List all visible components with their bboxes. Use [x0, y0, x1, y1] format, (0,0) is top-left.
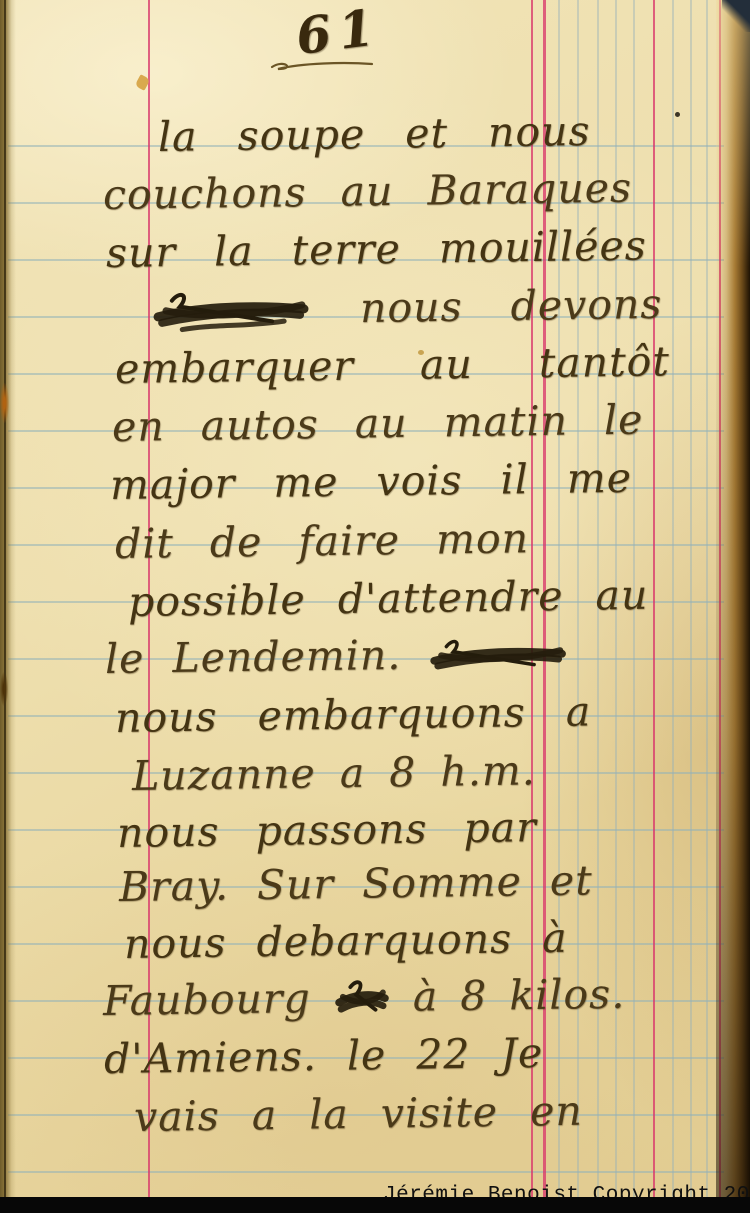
handwriting-line: major me vois il me — [110, 453, 633, 510]
handwriting-text: le Lendemin. — [105, 631, 402, 683]
handwriting-line: sur la terre mouillées — [106, 220, 647, 278]
page-number-underline-flourish — [266, 56, 378, 74]
handwriting-line: nous embarquons a — [115, 686, 592, 743]
ink-scribble — [429, 633, 570, 679]
handwriting-line: nous debarquons à — [124, 913, 568, 969]
handwriting-line: couchons au Baraques — [103, 163, 633, 220]
handwriting-line: Faubourg à 8 kilos. — [103, 969, 626, 1026]
handwriting-line: le Lendemin. — [105, 628, 570, 684]
column-line-blue-7 — [690, 0, 692, 1199]
handwriting-line: en autos au matin le — [112, 395, 644, 452]
handwriting-line: d'Amiens. le 22 Je — [104, 1028, 544, 1084]
ink-scribble — [332, 977, 391, 1022]
handwriting-line: Bray. Sur Somme et — [119, 855, 593, 912]
handwriting-line: embarquer au tantôt — [115, 336, 670, 394]
binding-edge-line — [4, 0, 6, 1213]
handwriting-line: nous devons — [152, 279, 663, 336]
column-line-blue-6 — [672, 0, 674, 1199]
footer-black-bar — [0, 1197, 750, 1213]
handwriting-line: nous passons par — [117, 802, 537, 858]
ink-scribble — [152, 287, 313, 335]
handwriting-text: nous devons — [360, 280, 663, 332]
handwriting-text: à 8 kilos. — [412, 970, 625, 1021]
handwriting-line: la soupe et nous — [158, 106, 591, 162]
handwriting-line: Luzanne a 8 h.m. — [132, 745, 536, 801]
page-edge-shadow — [716, 0, 750, 1213]
rust-spot — [0, 383, 9, 423]
rust-spot — [0, 672, 8, 706]
paper-fleck — [675, 112, 680, 117]
corner-shadow-top-right — [722, 0, 750, 32]
handwriting-line: possible d'attendre au — [128, 570, 649, 627]
handwriting-text: Faubourg — [103, 974, 311, 1025]
binding-edge-left — [0, 0, 16, 1213]
handwriting-line: dit de faire mon — [115, 513, 530, 569]
column-line-red-3 — [653, 0, 655, 1199]
handwriting-line: vais a la visite en — [134, 1086, 583, 1142]
column-line-blue-8 — [706, 0, 708, 1199]
